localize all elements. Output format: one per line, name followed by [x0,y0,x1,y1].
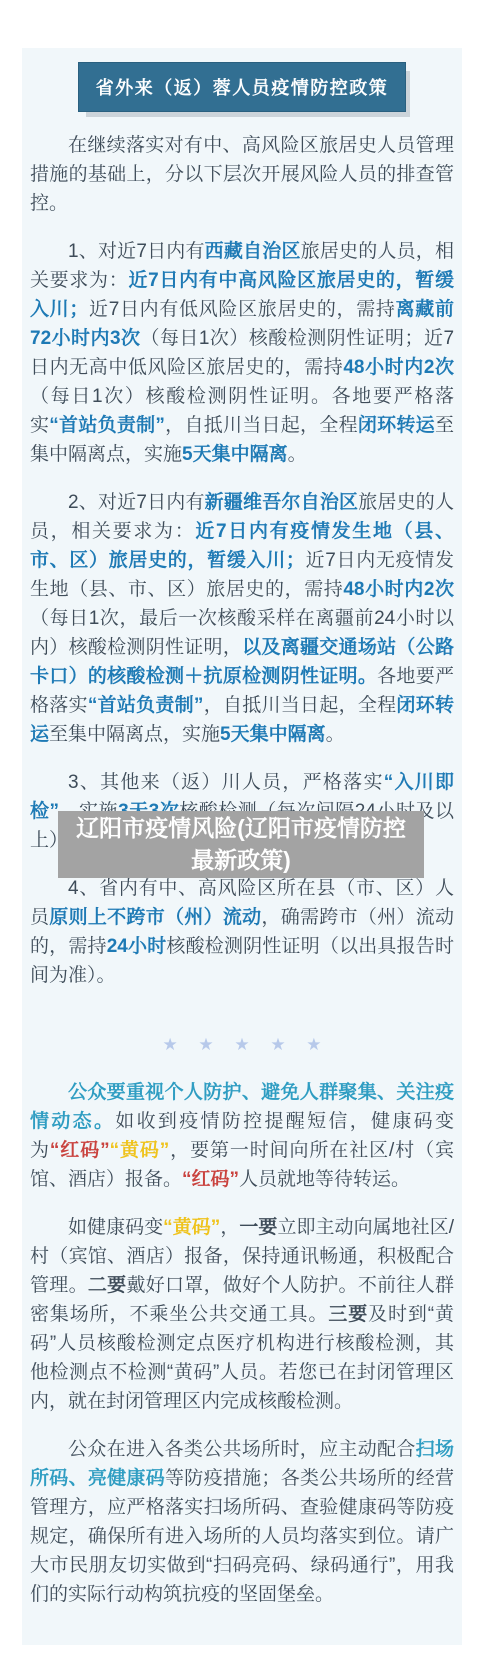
policy-item-1-tibet: 1、对近7日内有西藏自治区旅居史的人员，相关要求为：近7日内有中高风险区旅居史的… [30,237,454,469]
text-run: 在继续落实对有中、高风险区旅居史人员管理措施的基础上，分以下层次开展风险人员的排… [30,135,454,214]
policy-title-text: 省外来（返）蓉人员疫情防控政策 [96,78,389,98]
text-run: 公众在进入各类公共场所时，应主动配合 [68,1439,416,1460]
text-run: “红码” [50,1140,110,1161]
venue-code-guidance-paragraph: 公众在进入各类公共场所时，应主动配合扫场所码、亮健康码等防疫措施；各类公共场所的… [30,1435,454,1609]
text-run: 三要 [328,1304,368,1325]
text-run: “红码” [182,1169,239,1190]
text-run: “黄码” [163,1217,220,1238]
text-run: 24小时 [107,936,167,957]
page: { "page": { "title_box": "省外来（返）蓉人员疫情防控政… [0,0,482,1672]
text-run: 3、其他来（返）川人员，严格落实 [68,772,384,793]
text-run: 48小时内2次 [343,579,454,600]
text-run: 。 [288,444,307,465]
policy-item-4-province: 4、省内有中、高风险区所在县（市、区）人员原则上不跨市（州）流动，确需跨市（州）… [30,874,454,990]
text-run: ，自抵川当日起，全程 [203,695,396,716]
text-run: 闭环转运 [358,415,435,436]
text-run: 1、对近7日内有 [68,241,205,262]
intro-paragraph: 在继续落实对有中、高风险区旅居史人员管理措施的基础上，分以下层次开展风险人员的排… [30,131,454,218]
text-run: 近7日内有低风险区旅居史的，需持 [88,299,395,320]
text-run: 人员就地等待转运。 [239,1169,410,1190]
text-run: ， [220,1217,239,1238]
policy-title-box: 省外来（返）蓉人员疫情防控政策 [78,62,407,112]
text-run: 二要 [88,1275,127,1296]
text-run: 至集中隔离点，实施 [49,724,220,745]
public-guidance-paragraph: 公众要重视个人防护、避免人群聚集、关注疫情动态。如收到疫情防控提醒短信，健康码变… [30,1078,454,1194]
text-run: 西藏自治区 [205,241,301,262]
text-run: 一要 [239,1217,277,1238]
text-run: 2、对近7日内有 [68,492,205,513]
star-divider: ★ ★ ★ ★ ★ [30,1030,454,1059]
text-run: 。 [326,724,345,745]
text-run: ，自抵川当日起，全程 [165,415,358,436]
text-run: 48小时内2次 [343,357,454,378]
text-run: 新疆维吾尔自治区 [205,492,359,513]
text-run: 如健康码变 [68,1217,163,1238]
article-card: 省外来（返）蓉人员疫情防控政策 在继续落实对有中、高风险区旅居史人员管理措施的基… [22,48,462,1645]
text-run: “首站负责制” [49,415,165,436]
policy-item-2-xinjiang: 2、对近7日内有新疆维吾尔自治区旅居史的人员，相关要求为：近7日内有疫情发生地（… [30,488,454,749]
watermark-caption: 辽阳市疫情风险(辽阳市疫情防控最新政策) [58,811,424,878]
text-run: “黄码” [110,1140,170,1161]
yellow-code-guidance-paragraph: 如健康码变“黄码”，一要立即主动向属地社区/村（宾馆、酒店）报备，保持通讯畅通，… [30,1213,454,1416]
text-run: 原则上不跨市（州）流动 [49,907,261,928]
policy-item-3-wrap: 3、其他来（返）川人员，严格落实“入川即检”，实施3天3次核酸检测（每次间隔24… [30,768,454,855]
text-run: “首站负责制” [88,695,204,716]
text-run: 5天集中隔离 [182,444,288,465]
text-run: 5天集中隔离 [220,724,326,745]
